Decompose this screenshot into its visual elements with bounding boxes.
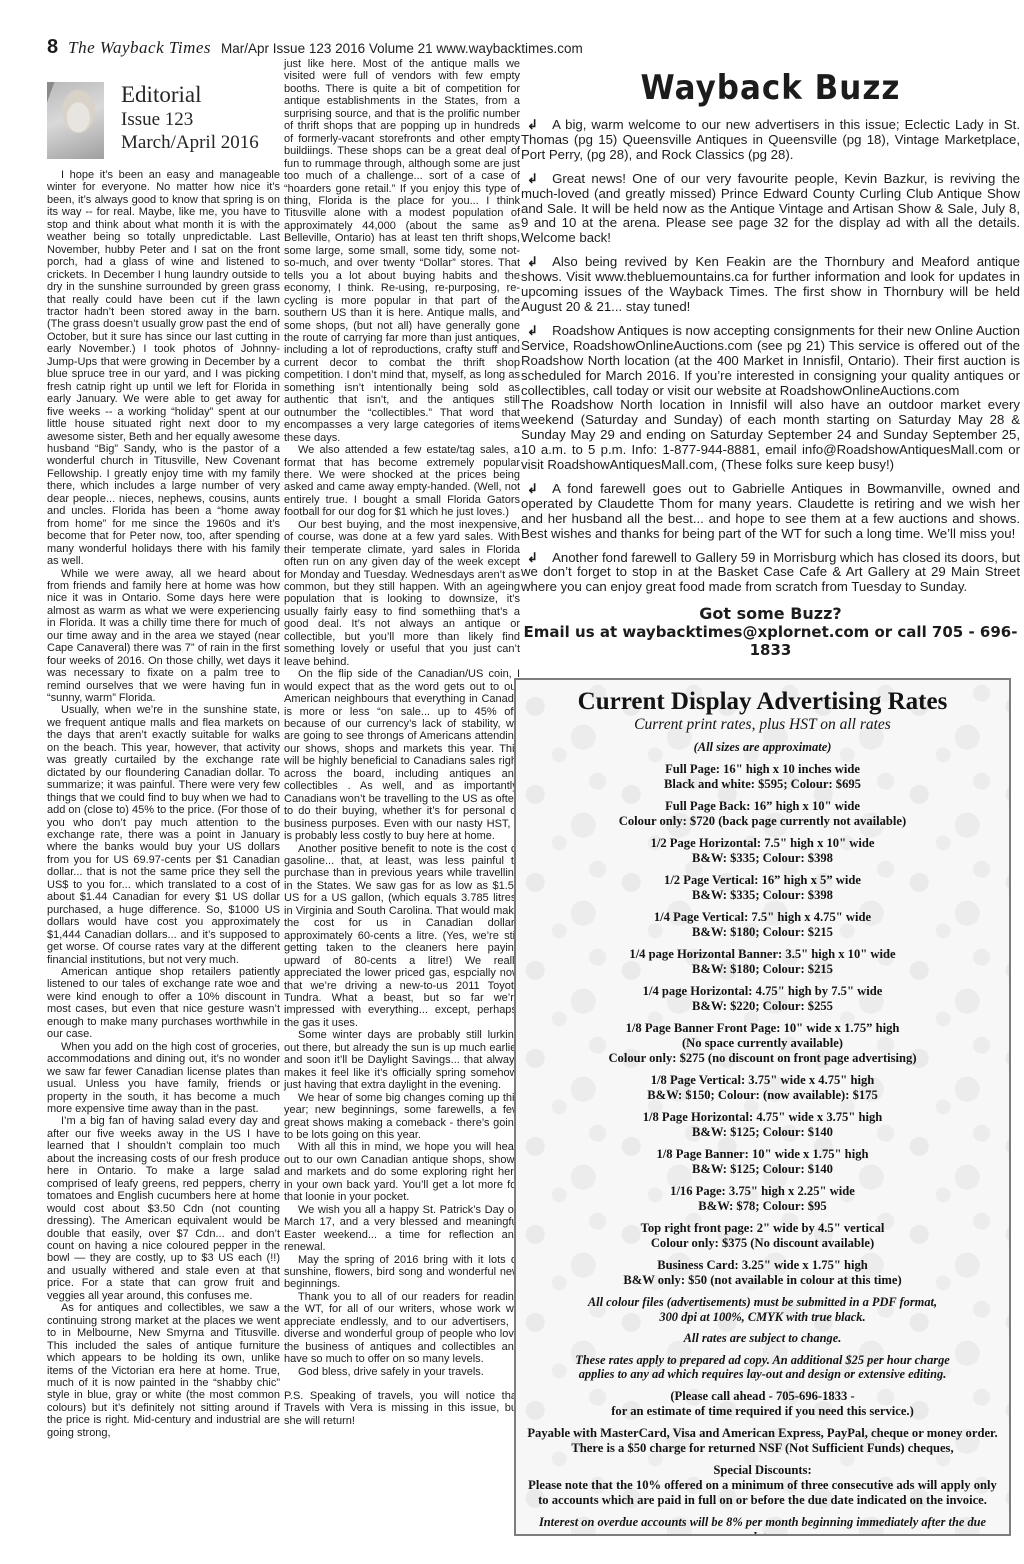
rates-prepared-note: These rates apply to prepared ad copy. A… [526, 1353, 999, 1382]
buzz-item: ↲Another fond farewell to Gallery 59 in … [521, 551, 1020, 596]
rates-sizes-note: (All sizes are approximate) [526, 740, 999, 755]
editorial-header: Editorial Issue 123 March/April 2016 [47, 82, 280, 159]
editorial-paragraph: While we were away, all we heard about f… [47, 568, 280, 705]
editorial-postscript: P.S. Speaking of travels, you will notic… [284, 1390, 520, 1427]
rate-entry: 1/8 Page Banner Front Page: 10" wide x 1… [526, 1021, 999, 1066]
advertising-rates-box: Current Display Advertising Rates Curren… [514, 678, 1011, 1536]
masthead-title: The Wayback Times [68, 38, 211, 58]
rate-entry: 1/4 page Horizontal Banner: 3.5" high x … [526, 947, 999, 977]
rates-interest-note: Interest on overdue accounts will be 8% … [526, 1515, 999, 1536]
editorial-paragraph: Another positive benefit to note is the … [284, 843, 520, 1030]
rates-change-note: All rates are subject to change. [526, 1331, 999, 1346]
buzz-item-text: Roadshow Antiques is now accepting consi… [521, 323, 1020, 398]
editorial-paragraph: We also attended a few estate/tag sales,… [284, 444, 520, 519]
editorial-paragraph: When you add on the high cost of groceri… [47, 1041, 280, 1116]
editorial-paragraph: With all this in mind, we hope you will … [284, 1141, 520, 1203]
editorial-column-1: Editorial Issue 123 March/April 2016 I h… [47, 82, 280, 1439]
editorial-paragraph: Usually, when we’re in the sunshine stat… [47, 704, 280, 966]
editorial-paragraph: Some winter days are probably still lurk… [284, 1029, 520, 1091]
buzz-item-text: Another fond farewell to Gallery 59 in M… [521, 550, 1020, 595]
editorial-paragraph: We wish you all a happy St. Patrick’s Da… [284, 1204, 520, 1254]
editorial-paragraph: I hope it’s been an easy and manageable … [47, 169, 280, 568]
buzz-item-continuation: The Roadshow North location in Innisfil … [521, 398, 1020, 473]
rate-entry: Top right front page: 2" wide by 4.5" ve… [526, 1221, 999, 1251]
editorial-paragraph: We hear of some big changes coming up th… [284, 1092, 520, 1142]
buzz-footer-headline: Got some Buzz? [521, 604, 1020, 623]
rate-entry: 1/8 Page Horizontal: 4.75" wide x 3.75" … [526, 1110, 999, 1140]
editorial-paragraph: just like here. Most of the antique mall… [284, 58, 520, 444]
editorial-paragraph: May the spring of 2016 bring with it lot… [284, 1254, 520, 1291]
rate-entry: Full Page Back: 16” high x 10" wide Colo… [526, 799, 999, 829]
buzz-bullet-icon: ↲ [527, 481, 538, 496]
rates-payment-note: Payable with MasterCard, Visa and Americ… [526, 1426, 999, 1456]
buzz-bullet-icon: ↲ [527, 254, 538, 269]
buzz-title: Wayback Buzz [521, 70, 1020, 107]
page-number: 8 [47, 36, 58, 59]
editor-portrait-photo [47, 82, 104, 159]
editorial-paragraph: American antique shop retailers patientl… [47, 966, 280, 1041]
editorial-paragraph: God bless, drive safely in your travels. [284, 1366, 520, 1378]
rates-pdf-note: All colour files (advertisements) must b… [526, 1295, 999, 1324]
buzz-item: ↲Great news! One of our very favourite p… [521, 172, 1020, 247]
rate-entry: 1/8 Page Vertical: 3.75" wide x 4.75" hi… [526, 1073, 999, 1103]
editorial-paragraph: I’m a big fan of having salad every day … [47, 1115, 280, 1302]
wayback-buzz-section: Wayback Buzz ↲A big, warm welcome to our… [521, 70, 1020, 670]
rate-entry: Full Page: 16" high x 10 inches wide Bla… [526, 762, 999, 792]
buzz-bullet-icon: ↲ [527, 323, 538, 338]
rates-call-ahead-note: (Please call ahead - 705-696-1833 - for … [526, 1389, 999, 1419]
rate-entry: 1/4 page Horizontal: 4.75" high by 7.5" … [526, 984, 999, 1014]
buzz-item: ↲Also being revived by Ken Feakin are th… [521, 255, 1020, 315]
rate-entry: Business Card: 3.25" wide x 1.75" high B… [526, 1258, 999, 1288]
buzz-footer: Got some Buzz? Email us at waybacktimes@… [521, 604, 1020, 659]
rates-discount-note: Please note that the 10% offered on a mi… [526, 1478, 999, 1508]
editorial-paragraph: As for antiques and collectibles, we saw… [47, 1302, 280, 1439]
buzz-item: ↲A fond farewell goes out to Gabrielle A… [521, 482, 1020, 542]
issue-meta: Mar/Apr Issue 123 2016 Volume 21 www.way… [221, 41, 583, 56]
rate-entry: 1/16 Page: 3.75" high x 2.25" wide B&W: … [526, 1184, 999, 1214]
buzz-item-text: A fond farewell goes out to Gabrielle An… [521, 481, 1020, 541]
rates-title: Current Display Advertising Rates [526, 688, 999, 715]
buzz-bullet-icon: ↲ [527, 550, 538, 565]
buzz-contact-line: Email us at waybacktimes@xplornet.com or… [521, 623, 1020, 659]
page-header: 8 The Wayback Times Mar/Apr Issue 123 20… [47, 36, 583, 59]
editorial-paragraph: Our best buying, and the most inexpensiv… [284, 519, 520, 668]
newspaper-page: 8 The Wayback Times Mar/Apr Issue 123 20… [0, 0, 1024, 1564]
buzz-item-text: Great news! One of our very favourite pe… [521, 171, 1020, 246]
rate-entry: 1/4 Page Vertical: 7.5" high x 4.75" wid… [526, 910, 999, 940]
buzz-item-text: Also being revived by Ken Feakin are the… [521, 254, 1020, 314]
rates-subtitle: Current print rates, plus HST on all rat… [526, 715, 999, 734]
buzz-item: ↲Roadshow Antiques is now accepting cons… [521, 324, 1020, 399]
rate-entry: 1/2 Page Horizontal: 7.5" high x 10" wid… [526, 836, 999, 866]
editorial-paragraph: On the flip side of the Canadian/US coin… [284, 668, 520, 842]
buzz-item-text: A big, warm welcome to our new advertise… [521, 117, 1020, 162]
rate-entry: 1/2 Page Vertical: 16” high x 5” wide B&… [526, 873, 999, 903]
rates-discount-heading: Special Discounts: [526, 1463, 999, 1478]
buzz-bullet-icon: ↲ [527, 117, 538, 132]
buzz-bullet-icon: ↲ [527, 171, 538, 186]
editorial-column-2: just like here. Most of the antique mall… [284, 58, 520, 1427]
buzz-item: ↲A big, warm welcome to our new advertis… [521, 118, 1020, 163]
editorial-paragraph: Thank you to all of our readers for read… [284, 1291, 520, 1366]
rate-entry: 1/8 Page Banner: 10" wide x 1.75" high B… [526, 1147, 999, 1177]
